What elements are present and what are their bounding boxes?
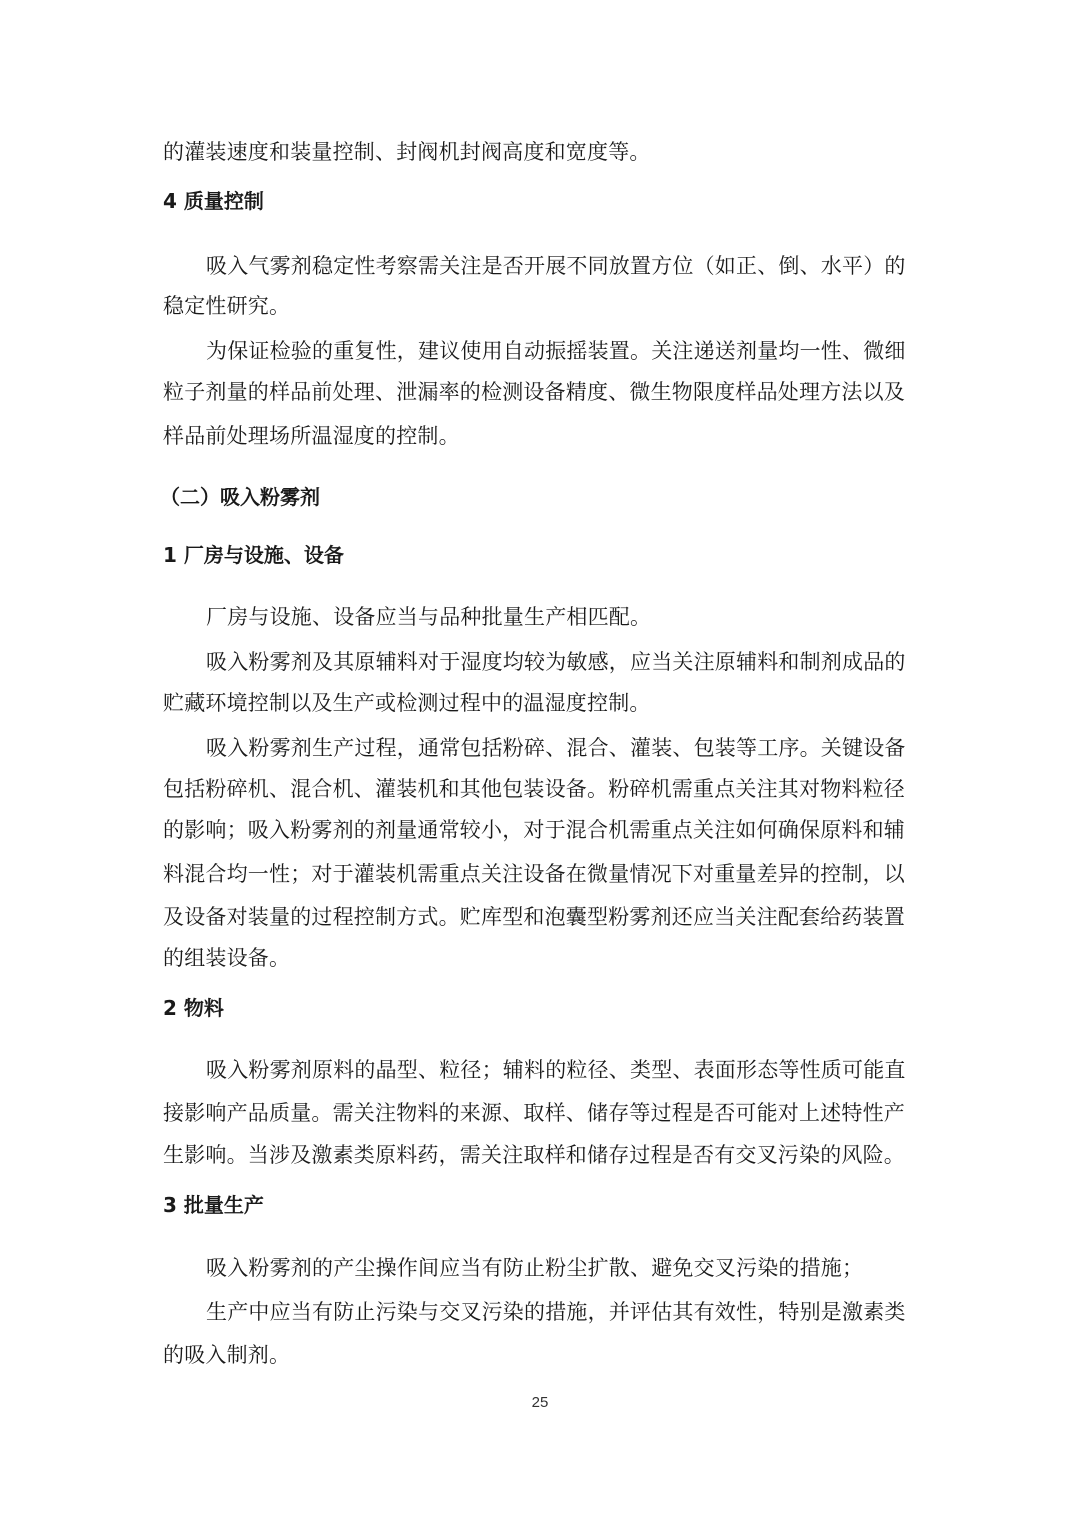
body-text-line: 样品前处理场所温湿度的控制。 [163, 422, 923, 450]
body-text-line: 为保证检验的重复性，建议使用自动振摇装置。关注递送剂量均一性、微细 [206, 337, 923, 365]
body-text-line: 贮藏环境控制以及生产或检测过程中的温湿度控制。 [163, 689, 923, 717]
body-text-line: 吸入粉雾剂生产过程，通常包括粉碎、混合、灌装、包装等工序。关键设备 [206, 734, 923, 762]
page-number: 25 [0, 1391, 1080, 1415]
body-text-line: 包括粉碎机、混合机、灌装机和其他包装设备。粉碎机需重点关注其对物料粒径 [163, 775, 923, 803]
body-text-line: 吸入气雾剂稳定性考察需关注是否开展不同放置方位（如正、倒、水平）的 [206, 252, 923, 280]
body-text-line: 吸入粉雾剂原料的晶型、粒径；辅料的粒径、类型、表面形态等性质可能直 [206, 1056, 923, 1084]
body-text-line: 料混合均一性；对于灌装机需重点关注设备在微量情况下对重量差异的控制，以 [163, 860, 923, 888]
body-text-line: 的组装设备。 [163, 944, 923, 972]
body-text-line: 的吸入制剂。 [163, 1341, 923, 1369]
body-text-line: 接影响产品质量。需关注物料的来源、取样、储存等过程是否可能对上述特性产 [163, 1099, 923, 1127]
subsection-heading-quality-control: 4 质量控制 [163, 187, 923, 215]
body-text-line: 厂房与设施、设备应当与品种批量生产相匹配。 [206, 603, 923, 631]
section-heading-inhalation-powder: （二）吸入粉雾剂 [160, 483, 920, 511]
body-text-line: 稳定性研究。 [163, 292, 923, 320]
subsection-heading-materials: 2 物料 [163, 994, 923, 1022]
body-text-line: 吸入粉雾剂的产尘操作间应当有防止粉尘扩散、避免交叉污染的措施； [206, 1254, 923, 1282]
subsection-heading-facilities-equipment: 1 厂房与设施、设备 [163, 541, 923, 569]
body-text-line: 吸入粉雾剂及其原辅料对于湿度均较为敏感，应当关注原辅料和制剂成品的 [206, 648, 923, 676]
body-text-line: 生产中应当有防止污染与交叉污染的措施，并评估其有效性，特别是激素类 [206, 1298, 923, 1326]
subsection-heading-batch-production: 3 批量生产 [163, 1191, 923, 1219]
body-text-line: 的灌装速度和装量控制、封阀机封阀高度和宽度等。 [163, 138, 923, 166]
document-page: 的灌装速度和装量控制、封阀机封阀高度和宽度等。 4 质量控制 吸入气雾剂稳定性考… [0, 0, 1080, 1526]
body-text-line: 生影响。当涉及激素类原料药，需关注取样和储存过程是否有交叉污染的风险。 [163, 1141, 923, 1169]
body-text-line: 的影响；吸入粉雾剂的剂量通常较小，对于混合机需重点关注如何确保原料和辅 [163, 816, 923, 844]
body-text-line: 粒子剂量的样品前处理、泄漏率的检测设备精度、微生物限度样品处理方法以及 [163, 378, 923, 406]
body-text-line: 及设备对装量的过程控制方式。贮库型和泡囊型粉雾剂还应当关注配套给药装置 [163, 903, 923, 931]
